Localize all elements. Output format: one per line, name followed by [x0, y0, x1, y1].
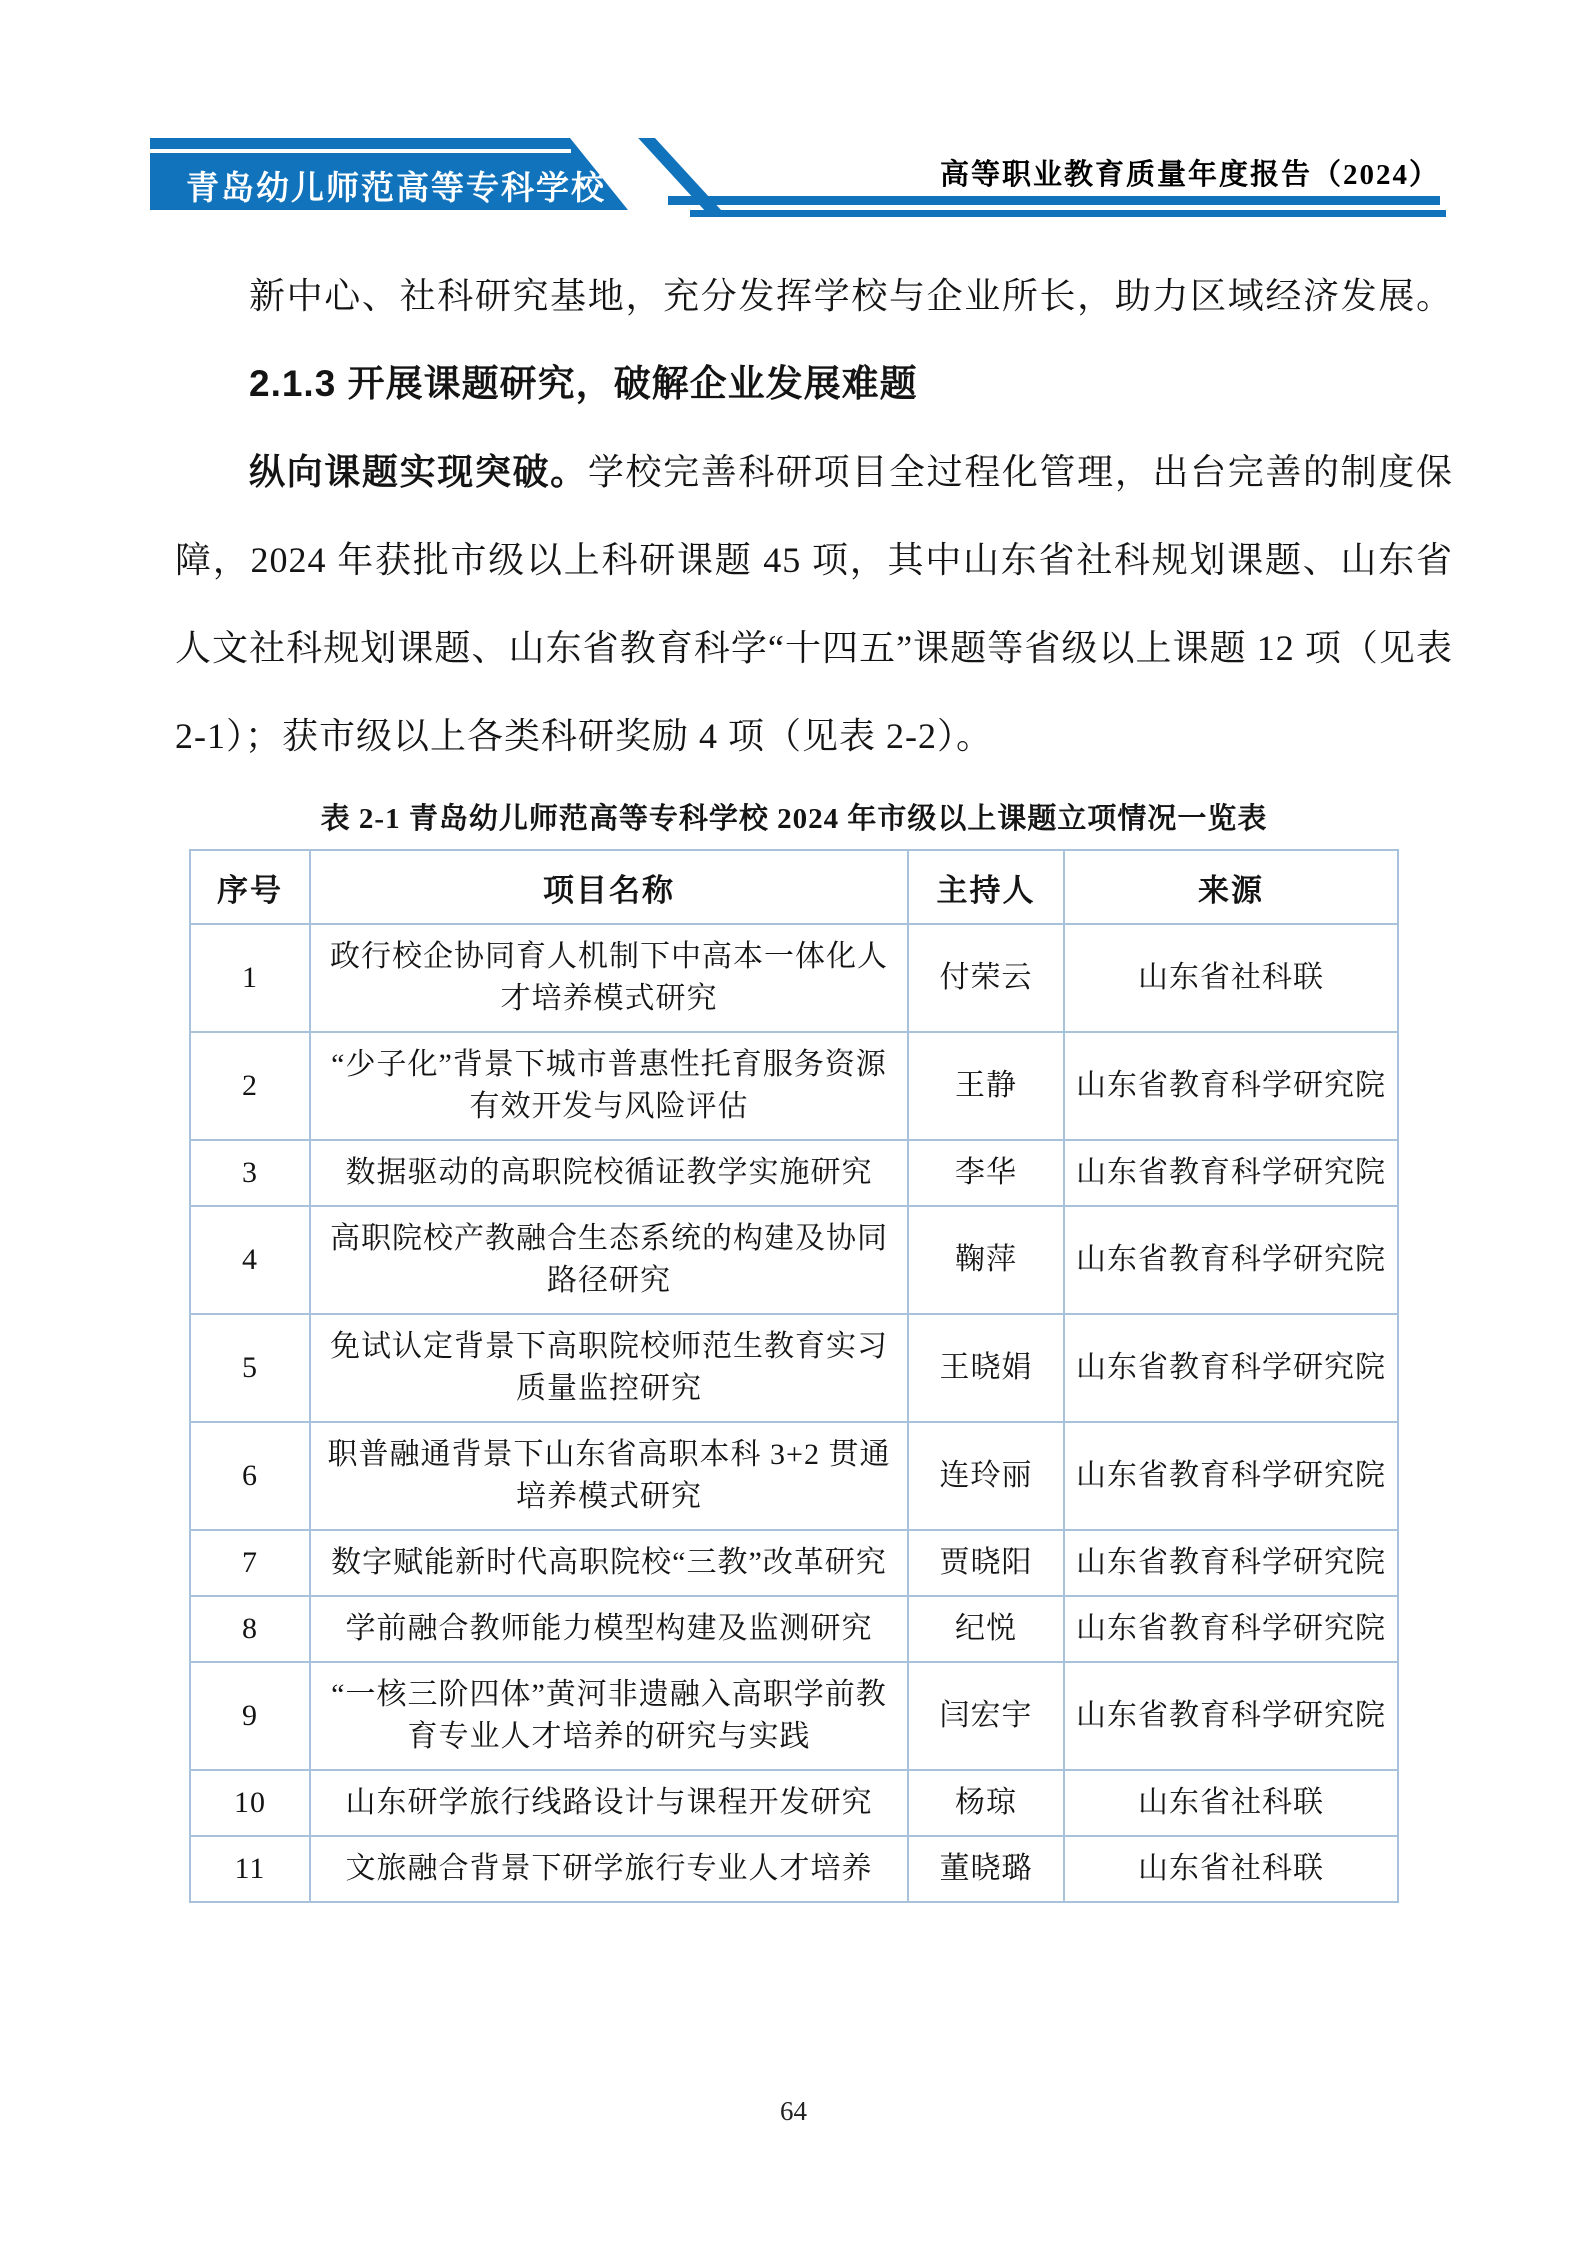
row-no: 7	[190, 1530, 310, 1596]
header-rule-top	[668, 196, 1440, 205]
project-name: 数据驱动的高职院校循证教学实施研究	[310, 1140, 908, 1206]
project-name: “一核三阶四体”黄河非遗融入高职学前教育专业人才培养的研究与实践	[310, 1662, 908, 1770]
section-heading: 2.1.3 开展课题研究，破解企业发展难题	[175, 340, 1453, 428]
leader-name: 李华	[908, 1140, 1064, 1206]
main-paragraph: 纵向课题实现突破。学校完善科研项目全过程化管理，出台完善的制度保障，2024 年…	[175, 428, 1453, 780]
source-name: 山东省教育科学研究院	[1064, 1140, 1398, 1206]
row-no: 11	[190, 1836, 310, 1902]
project-name: 数字赋能新时代高职院校“三教”改革研究	[310, 1530, 908, 1596]
table-row: 3 数据驱动的高职院校循证教学实施研究 李华 山东省教育科学研究院	[190, 1140, 1398, 1206]
source-name: 山东省教育科学研究院	[1064, 1422, 1398, 1530]
row-no: 1	[190, 924, 310, 1032]
table-row: 2 “少子化”背景下城市普惠性托育服务资源有效开发与风险评估 王静 山东省教育科…	[190, 1032, 1398, 1140]
leader-name: 贾晓阳	[908, 1530, 1064, 1596]
leader-name: 王静	[908, 1032, 1064, 1140]
project-name: “少子化”背景下城市普惠性托育服务资源有效开发与风险评估	[310, 1032, 908, 1140]
table-caption: 表 2-1 青岛幼儿师范高等专科学校 2024 年市级以上课题立项情况一览表	[133, 796, 1455, 837]
intro-paragraph: 新中心、社科研究基地，充分发挥学校与企业所长，助力区域经济发展。	[175, 252, 1453, 340]
table-row: 9 “一核三阶四体”黄河非遗融入高职学前教育专业人才培养的研究与实践 闫宏宇 山…	[190, 1662, 1398, 1770]
col-header-no: 序号	[190, 850, 310, 924]
body-text-block: 新中心、社科研究基地，充分发挥学校与企业所长，助力区域经济发展。 2.1.3 开…	[175, 252, 1453, 780]
project-name: 高职院校产教融合生态系统的构建及协同路径研究	[310, 1206, 908, 1314]
col-header-project: 项目名称	[310, 850, 908, 924]
table-row: 10 山东研学旅行线路设计与课程开发研究 杨琼 山东省社科联	[190, 1770, 1398, 1836]
table-row: 1 政行校企协同育人机制下中高本一体化人才培养模式研究 付荣云 山东省社科联	[190, 924, 1398, 1032]
row-no: 9	[190, 1662, 310, 1770]
table-body: 1 政行校企协同育人机制下中高本一体化人才培养模式研究 付荣云 山东省社科联 2…	[190, 924, 1398, 1902]
leader-name: 纪悦	[908, 1596, 1064, 1662]
table-row: 8 学前融合教师能力模型构建及监测研究 纪悦 山东省教育科学研究院	[190, 1596, 1398, 1662]
banner-inner-line	[150, 149, 571, 153]
source-name: 山东省教育科学研究院	[1064, 1314, 1398, 1422]
project-name: 职普融通背景下山东省高职本科 3+2 贯通培养模式研究	[310, 1422, 908, 1530]
project-name: 免试认定背景下高职院校师范生教育实习质量监控研究	[310, 1314, 908, 1422]
leader-name: 付荣云	[908, 924, 1064, 1032]
source-name: 山东省社科联	[1064, 1836, 1398, 1902]
paragraph-lead-bold: 纵向课题实现突破。	[249, 452, 588, 492]
table-row: 6 职普融通背景下山东省高职本科 3+2 贯通培养模式研究 连玲丽 山东省教育科…	[190, 1422, 1398, 1530]
source-name: 山东省教育科学研究院	[1064, 1032, 1398, 1140]
row-no: 6	[190, 1422, 310, 1530]
document-page: 青岛幼儿师范高等专科学校 高等职业教育质量年度报告（2024） 新中心、社科研究…	[0, 0, 1587, 2245]
project-name: 学前融合教师能力模型构建及监测研究	[310, 1596, 908, 1662]
row-no: 4	[190, 1206, 310, 1314]
school-banner: 青岛幼儿师范高等专科学校	[150, 138, 628, 210]
source-name: 山东省教育科学研究院	[1064, 1530, 1398, 1596]
project-name: 政行校企协同育人机制下中高本一体化人才培养模式研究	[310, 924, 908, 1032]
source-name: 山东省社科联	[1064, 1770, 1398, 1836]
project-name: 山东研学旅行线路设计与课程开发研究	[310, 1770, 908, 1836]
school-name: 青岛幼儿师范高等专科学校	[186, 162, 606, 209]
report-title: 高等职业教育质量年度报告（2024）	[940, 152, 1440, 193]
row-no: 3	[190, 1140, 310, 1206]
page-body: 新中心、社科研究基地，充分发挥学校与企业所长，助力区域经济发展。 2.1.3 开…	[133, 252, 1455, 1903]
source-name: 山东省教育科学研究院	[1064, 1206, 1398, 1314]
leader-name: 董晓璐	[908, 1836, 1064, 1902]
col-header-source: 来源	[1064, 850, 1398, 924]
page-header: 青岛幼儿师范高等专科学校 高等职业教育质量年度报告（2024）	[0, 0, 1587, 260]
leader-name: 闫宏宇	[908, 1662, 1064, 1770]
leader-name: 王晓娟	[908, 1314, 1064, 1422]
source-name: 山东省教育科学研究院	[1064, 1662, 1398, 1770]
row-no: 5	[190, 1314, 310, 1422]
leader-name: 杨琼	[908, 1770, 1064, 1836]
leader-name: 连玲丽	[908, 1422, 1064, 1530]
table-header-row: 序号 项目名称 主持人 来源	[190, 850, 1398, 924]
table-header: 序号 项目名称 主持人 来源	[190, 850, 1398, 924]
project-name: 文旅融合背景下研学旅行专业人才培养	[310, 1836, 908, 1902]
page-number: 64	[0, 2096, 1587, 2127]
table-row: 11 文旅融合背景下研学旅行专业人才培养 董晓璐 山东省社科联	[190, 1836, 1398, 1902]
paragraph-main-text: 学校完善科研项目全过程化管理，出台完善的制度保障，2024 年获批市级以上科研课…	[175, 452, 1453, 756]
header-rule-bottom	[690, 210, 1446, 217]
table-row: 7 数字赋能新时代高职院校“三教”改革研究 贾晓阳 山东省教育科学研究院	[190, 1530, 1398, 1596]
projects-table: 序号 项目名称 主持人 来源 1 政行校企协同育人机制下中高本一体化人才培养模式…	[189, 849, 1399, 1903]
table-row: 5 免试认定背景下高职院校师范生教育实习质量监控研究 王晓娟 山东省教育科学研究…	[190, 1314, 1398, 1422]
source-name: 山东省社科联	[1064, 924, 1398, 1032]
source-name: 山东省教育科学研究院	[1064, 1596, 1398, 1662]
leader-name: 鞠萍	[908, 1206, 1064, 1314]
row-no: 8	[190, 1596, 310, 1662]
col-header-leader: 主持人	[908, 850, 1064, 924]
row-no: 10	[190, 1770, 310, 1836]
table-row: 4 高职院校产教融合生态系统的构建及协同路径研究 鞠萍 山东省教育科学研究院	[190, 1206, 1398, 1314]
row-no: 2	[190, 1032, 310, 1140]
